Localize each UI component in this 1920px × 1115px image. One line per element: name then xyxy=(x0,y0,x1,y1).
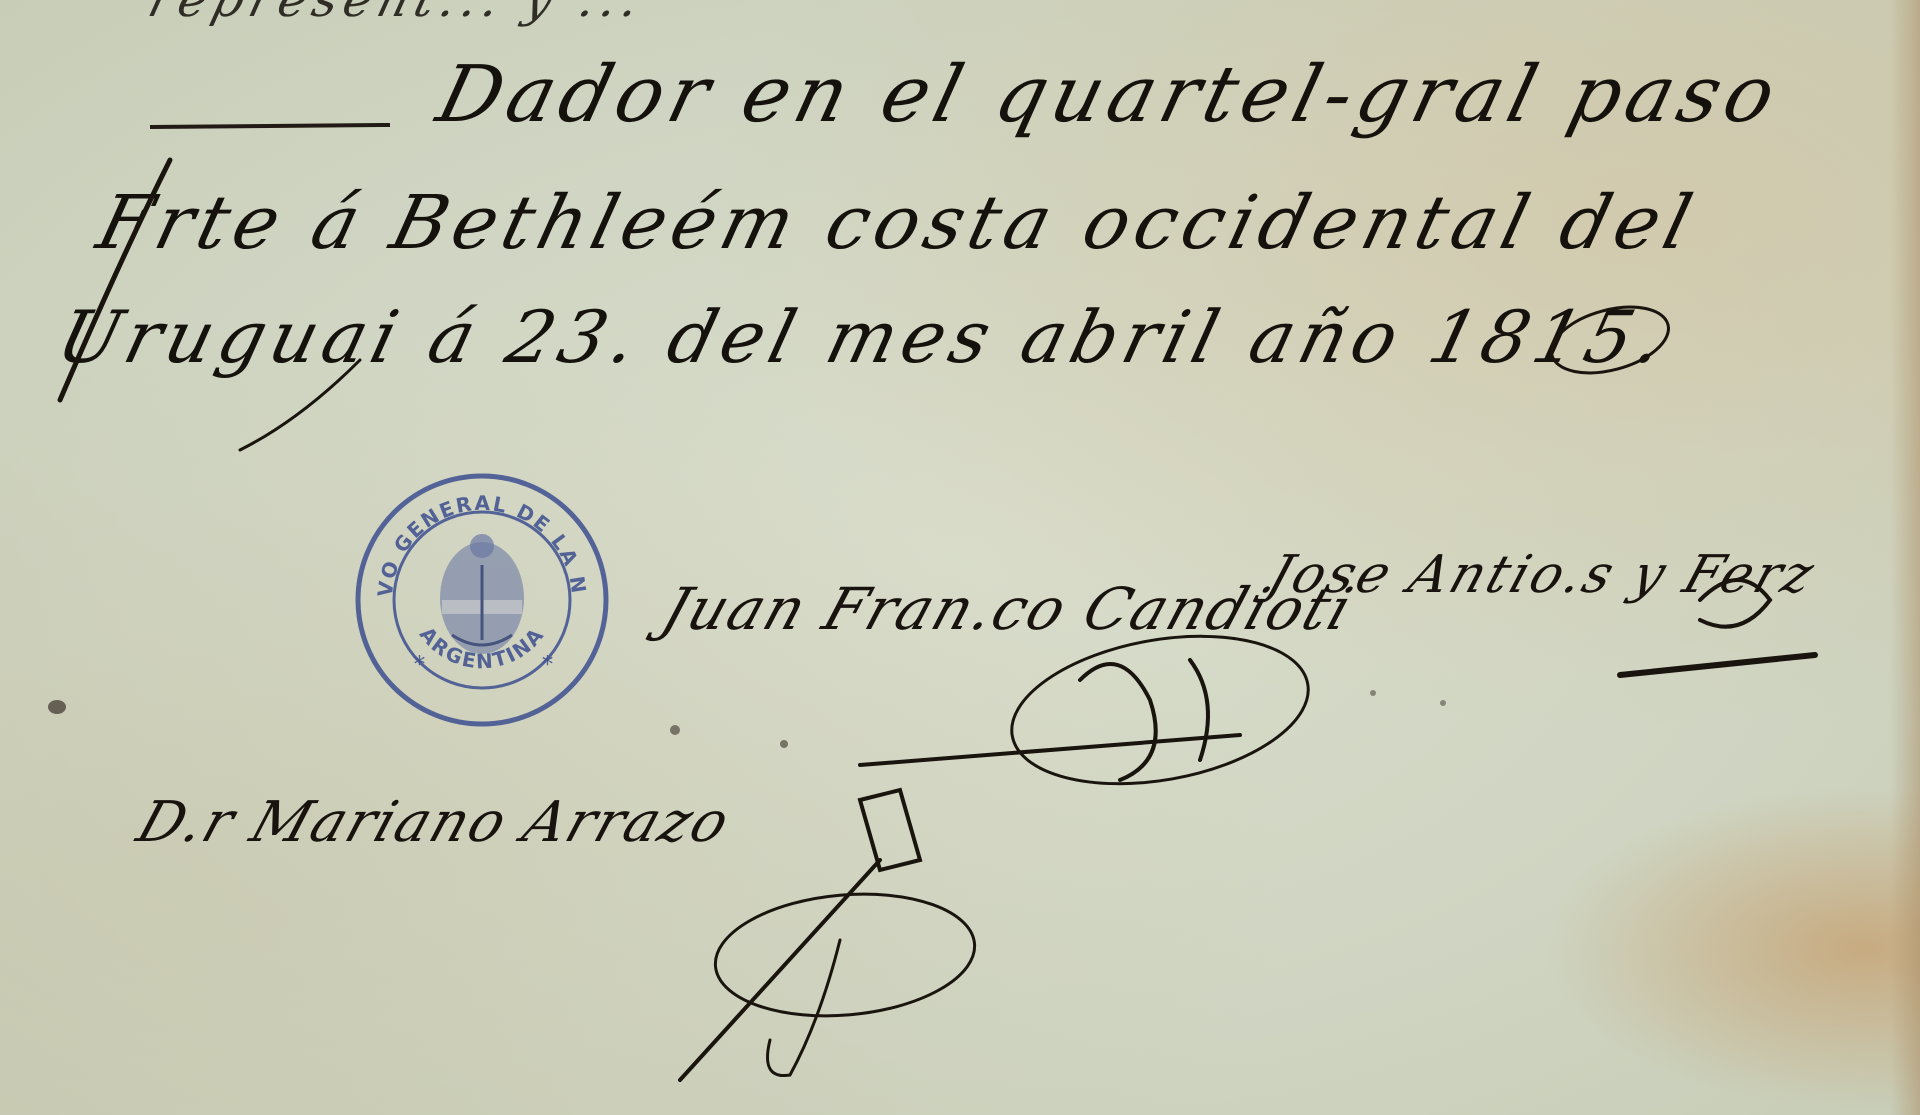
archive-stamp: ARCHIVO GENERAL DE LA NACIÓN ARGENTINA *… xyxy=(352,470,612,730)
paper-edge-shadow xyxy=(1890,0,1920,1115)
ink-spot xyxy=(780,740,788,748)
signature-3: D.r Mariano Arrazo xyxy=(129,790,738,855)
signature-1: Juan Fran.co Candioti xyxy=(654,575,1362,643)
manuscript-line-1: Dador en el quartel-gral paso xyxy=(429,50,1790,140)
ink-spot xyxy=(48,700,66,714)
ink-spot xyxy=(1370,690,1376,696)
ink-spot xyxy=(670,725,680,735)
manuscript-line-0: represent... y ... xyxy=(143,0,651,28)
svg-text:*: * xyxy=(542,653,553,678)
line-dash xyxy=(150,123,390,129)
svg-text:*: * xyxy=(414,653,425,678)
signature-2: Jose Antio.s y Ferz xyxy=(1260,545,1824,605)
coat-of-arms-icon xyxy=(440,534,524,654)
manuscript-line-3: Uruguai á 23. del mes abril año 1815. xyxy=(50,295,1678,379)
manuscript-line-2: Frte á Bethleém costa occidental del xyxy=(89,180,1706,266)
ink-spot xyxy=(1440,700,1446,706)
